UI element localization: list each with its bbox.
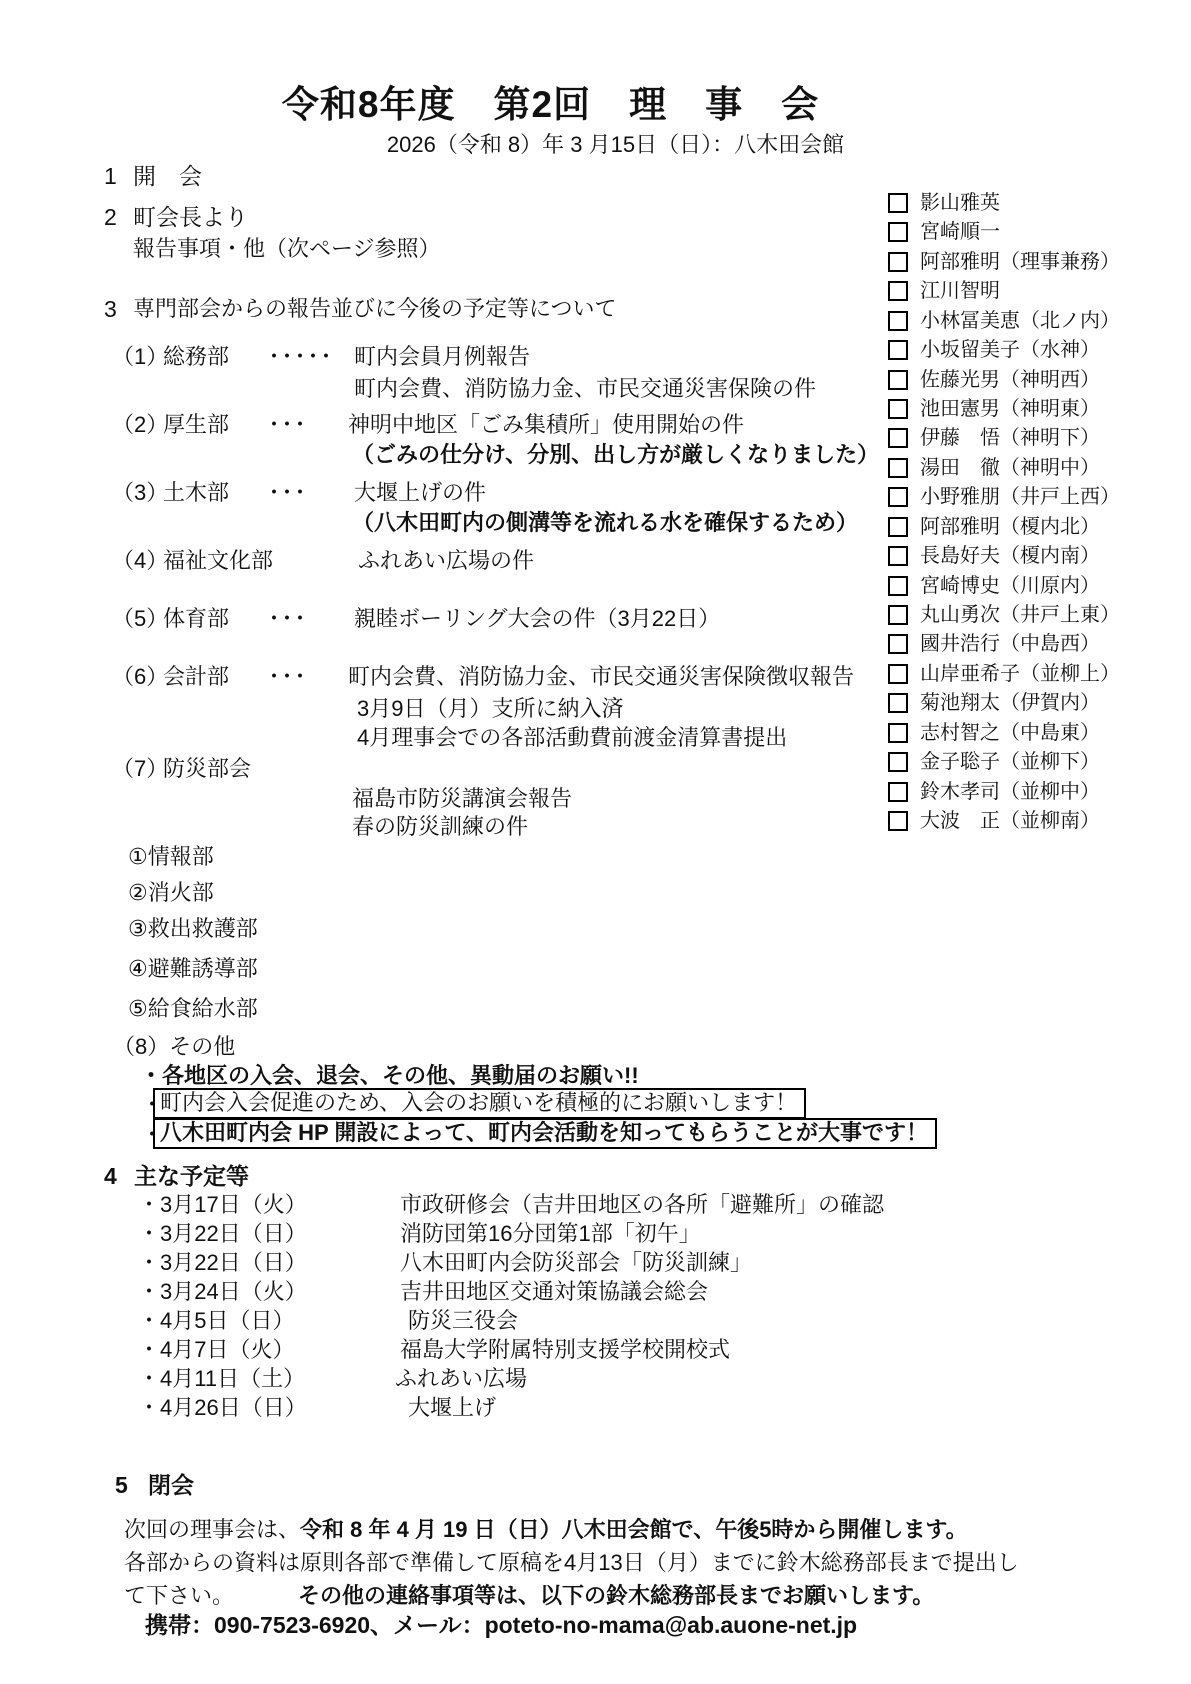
- checkbox-icon: [888, 487, 908, 507]
- attendee-name: 長島好夫（榎内南）: [920, 545, 1100, 567]
- schedule-date: ・4月26日（日）: [138, 1395, 307, 1420]
- attendee-name: 江川智明: [920, 280, 1000, 302]
- leader-dots: ・・・: [263, 412, 302, 437]
- agenda-number: 3: [104, 296, 117, 322]
- checkbox-icon: [888, 782, 908, 802]
- contact-info: 携帯：090-7523-6920、メール：poteto-no-mama@ab.a…: [145, 1612, 857, 1638]
- schedule-date: ・4月11日（土）: [138, 1366, 305, 1391]
- agenda-number: 4: [104, 1163, 117, 1189]
- attendee-name: 鈴木孝司（並柳中）: [920, 781, 1100, 803]
- committee-number: （4）: [112, 548, 168, 573]
- checkbox-icon: [888, 752, 908, 772]
- checkbox-icon: [888, 222, 908, 242]
- checkbox-icon: [888, 281, 908, 301]
- unit-label: ②消火部: [128, 880, 214, 905]
- attendee-name: 池田憲男（神明東）: [920, 398, 1100, 420]
- committee-name: 総務部: [163, 344, 229, 369]
- unit-label: ①情報部: [128, 844, 214, 869]
- committee-number: （1）: [112, 344, 168, 369]
- agenda-subtext: 報告事項・他（次ページ参照）: [133, 236, 441, 261]
- attendee-name: 金子聡子（並柳下）: [920, 751, 1100, 773]
- committee-topic: 町内会費、消防協力金、市民交通災害保険の件: [354, 376, 816, 401]
- leader-dots: ・・・: [263, 480, 302, 505]
- schedule-date: ・3月17日（火）: [138, 1192, 307, 1217]
- leader-dots: ・・・: [263, 606, 302, 631]
- checkbox-icon: [888, 193, 908, 213]
- unit-label: ③救出救護部: [128, 916, 258, 941]
- committee-number: （3）: [112, 480, 168, 505]
- page-title: 令和8年度 第2回 理 事 会: [0, 84, 1101, 127]
- agenda-label: 専門部会からの報告並びに今後の予定等について: [133, 296, 617, 321]
- schedule-desc: 吉井田地区交通対策協議会総会: [400, 1279, 708, 1304]
- checkbox-icon: [888, 664, 908, 684]
- committee-name: 会計部: [163, 664, 229, 689]
- checkbox-icon: [888, 428, 908, 448]
- committee-topic: 春の防災訓練の件: [352, 814, 528, 839]
- attendee-name: 丸山勇次（井戸上東）: [920, 604, 1120, 626]
- leader-dots: ・・・・・: [263, 344, 328, 369]
- attendee-name: 國井浩行（中島西）: [920, 633, 1100, 655]
- checkbox-icon: [888, 399, 908, 419]
- committee-number: （2）: [112, 412, 168, 437]
- committee-topic: 3月9日（月）支所に納入済: [357, 696, 623, 721]
- attendee-name: 阿部雅明（理事兼務）: [920, 251, 1120, 273]
- checkbox-icon: [888, 517, 908, 537]
- committee-topic-emphasis: （ごみの仕分け、分別、出し方が厳しくなりました）: [352, 442, 879, 467]
- schedule-date: ・4月7日（火）: [138, 1337, 294, 1362]
- attendee-name: 宮崎順一: [920, 221, 1000, 243]
- attendee-name: 小坂留美子（水神）: [920, 339, 1100, 361]
- other-heading: （8）その他: [113, 1034, 235, 1059]
- schedule-desc: 福島大学附属特別支援学校開校式: [400, 1337, 730, 1362]
- attendee-name: 影山雅英: [920, 192, 1000, 214]
- committee-topic-emphasis: （八木田町内の側溝等を流れる水を確保するため）: [352, 510, 858, 535]
- committee-topic: 4月理事会での各部活動費前渡金清算書提出: [357, 725, 787, 750]
- closing-text: 各部からの資料は原則各部で準備して原稿を4月13日（月）までに鈴木総務部長まで提…: [124, 1550, 1019, 1575]
- committee-name: 土木部: [163, 480, 229, 505]
- committee-topic: 大堰上げの件: [354, 480, 486, 505]
- checkbox-icon: [888, 340, 908, 360]
- note-text: 八木田町内会 HP 開設によって、町内会活動を知ってもらうことが大事です！: [153, 1118, 937, 1149]
- checkbox-icon: [888, 546, 908, 566]
- schedule-date: ・4月5日（日）: [138, 1308, 294, 1333]
- checkbox-icon: [888, 311, 908, 331]
- schedule-desc: 八木田町内会防災部会「防災訓練」: [400, 1250, 752, 1275]
- schedule-desc: 防災三役会: [408, 1308, 518, 1333]
- agenda-number: 5: [115, 1472, 128, 1498]
- checkbox-icon: [888, 370, 908, 390]
- leader-dots: ・・・: [263, 664, 302, 689]
- committee-topic: ふれあい広場の件: [358, 548, 534, 573]
- agenda-number: 1: [104, 163, 117, 189]
- attendee-name: 伊藤 悟（神明下）: [920, 427, 1100, 449]
- attendee-name: 山岸亜希子（並柳上）: [920, 663, 1120, 685]
- agenda-number: 2: [104, 204, 117, 230]
- attendee-name: 湯田 徹（神明中）: [920, 457, 1100, 479]
- checkbox-icon: [888, 723, 908, 743]
- schedule-date: ・3月22日（日）: [138, 1250, 307, 1275]
- checkbox-icon: [888, 576, 908, 596]
- schedule-date: ・3月22日（日）: [138, 1221, 307, 1246]
- committee-number: （5）: [112, 606, 168, 631]
- committee-topic: 福島市防災講演会報告: [352, 786, 572, 811]
- checkbox-icon: [888, 458, 908, 478]
- attendee-name: 佐藤光男（神明西）: [920, 369, 1100, 391]
- document-page: 令和8年度 第2回 理 事 会 2026（令和 8）年 3 月15日（日）：八木…: [0, 0, 1191, 1684]
- schedule-date: ・3月24日（火）: [138, 1279, 307, 1304]
- unit-label: ⑤給食給水部: [128, 996, 258, 1021]
- closing-text: 次回の理事会は、令和 8 年 4 月 19 日（日）八木田会館で、午後5時から開…: [124, 1517, 968, 1542]
- committee-name: 防災部会: [163, 756, 251, 781]
- schedule-desc: 消防団第16分団第1部「初午」: [400, 1221, 701, 1246]
- checkbox-icon: [888, 605, 908, 625]
- checkbox-icon: [888, 811, 908, 831]
- committee-topic: 町内会員月例報告: [354, 344, 530, 369]
- committee-number: （7）: [112, 756, 168, 781]
- schedule-desc: ふれあい広場: [395, 1366, 527, 1391]
- attendee-name: 小林冨美恵（北ノ内）: [920, 310, 1120, 332]
- committee-name: 福祉文化部: [163, 548, 273, 573]
- schedule-desc: 大堰上げ: [408, 1395, 496, 1420]
- agenda-label: 主な予定等: [134, 1163, 249, 1189]
- committee-number: （6）: [112, 664, 168, 689]
- agenda-label: 閉会: [148, 1472, 194, 1498]
- page-subtitle: 2026（令和 8）年 3 月15日（日）：八木田会館: [40, 132, 1191, 157]
- checkbox-icon: [888, 634, 908, 654]
- checkbox-icon: [888, 693, 908, 713]
- attendee-name: 菊池翔太（伊賀内）: [920, 692, 1100, 714]
- committee-topic: 親睦ボーリング大会の件（3月22日）: [354, 606, 720, 631]
- attendee-name: 宮崎博史（川原内）: [920, 575, 1100, 597]
- committee-name: 厚生部: [163, 412, 229, 437]
- schedule-desc: 市政研修会（吉井田地区の各所「避難所」の確認: [400, 1192, 884, 1217]
- committee-topic: 町内会費、消防協力金、市民交通災害保険徴収報告: [348, 664, 854, 689]
- committee-topic: 神明中地区「ごみ集積所」使用開始の件: [348, 412, 744, 437]
- agenda-label: 開 会: [133, 163, 202, 189]
- note-text: 町内会入会促進のため、入会のお願いを積極的にお願いします！: [153, 1088, 806, 1119]
- checkbox-icon: [888, 252, 908, 272]
- agenda-label: 町会長より: [133, 204, 248, 230]
- attendee-name: 阿部雅明（榎内北）: [920, 516, 1100, 538]
- attendee-name: 大波 正（並柳南）: [920, 810, 1100, 832]
- attendee-name: 小野雅朋（井戸上西）: [920, 486, 1120, 508]
- attendee-name: 志村智之（中島東）: [920, 722, 1100, 744]
- closing-text: て下さい。その他の連絡事項等は、以下の鈴木総務部長までお願いします。: [124, 1583, 934, 1608]
- committee-name: 体育部: [163, 606, 229, 631]
- unit-label: ④避難誘導部: [128, 956, 258, 981]
- note-text: ・各地区の入会、退会、その他、異動届のお願い!!: [140, 1063, 639, 1088]
